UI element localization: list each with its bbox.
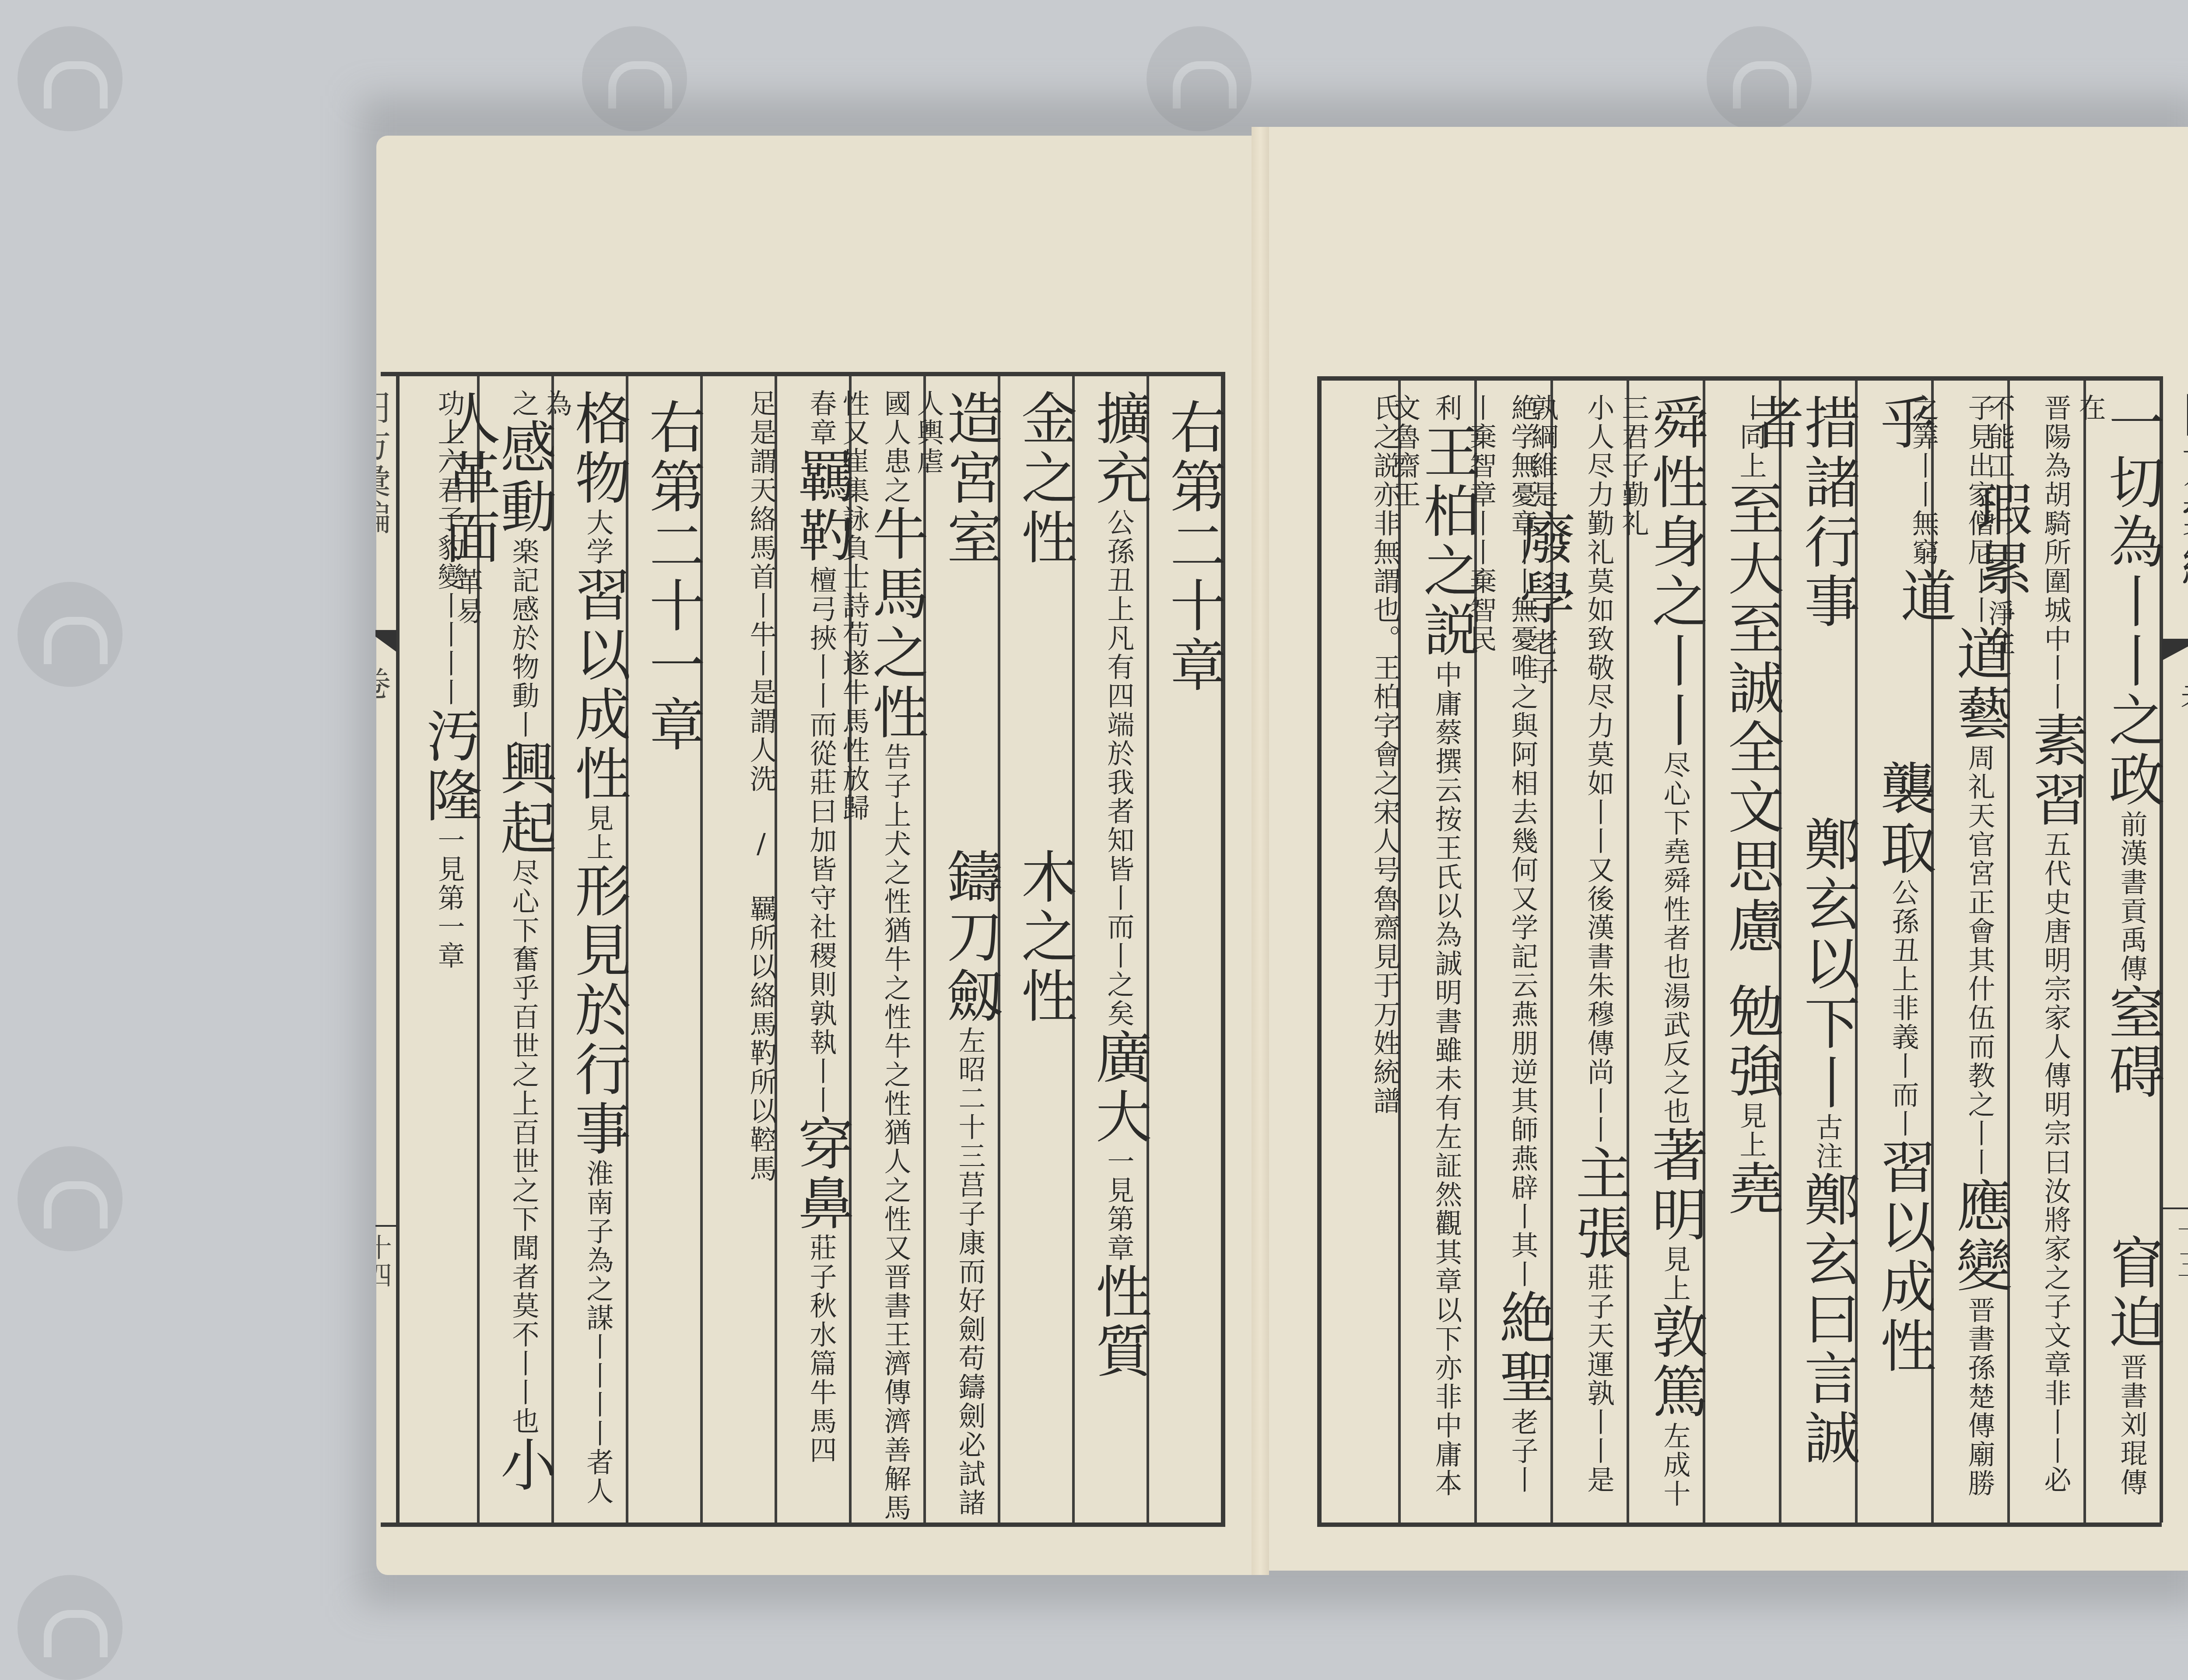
column: 乎襲取公孫丑上非義丨而丨習以成性 xyxy=(1855,381,1931,1522)
column: 絶学無憂章丨丨無憂唯之與阿相去幾何又学記云燕朋逆其師燕辟丨其丨絶聖老子丨丨棄智章… xyxy=(1474,381,1550,1522)
column: 造宮室鑄刀劔左昭二十三莒子康而好劍苟鑄劍必試諸人輿虐 xyxy=(923,376,998,1522)
column: 功上六君子豹變丨丨丨丨汚隆一見第一章 xyxy=(400,376,477,1522)
right-page-columns: 一切為丨丨之政前漢書貢禹傳窒碍窅迫晋書刘琨傳在 晋陽為胡騎所圍城中丨丨素習五代史… xyxy=(1322,381,2160,1522)
watermark-logo xyxy=(18,1575,123,1680)
watermark-logo xyxy=(18,582,123,687)
book-gutter xyxy=(1252,127,1269,1575)
column: 氏之説亦非無謂也。王柏字會之宋人号魯齋見于万姓統譜 xyxy=(1322,381,1398,1522)
column: 一切為丨丨之政前漢書貢禹傳窒碍窅迫晋書刘琨傳在 xyxy=(2083,381,2160,1522)
left-page-number: 十四 xyxy=(376,1234,396,1290)
left-hashira-title: 円方彙編 xyxy=(376,389,396,536)
left-hashira-volume: 卷 xyxy=(376,665,396,702)
watermark-logo xyxy=(18,26,123,131)
hashira-rule xyxy=(2162,1207,2188,1209)
left-page-columns: 右第二十章 擴充公孫丑上凡有四端於我者知皆丨而丨之矣廣大一見第章性質 金之性木之… xyxy=(400,376,1221,1522)
column: 子見出家僧尼丨丨道藝周礼天官宮正會其什伍而教之丨丨應變晋書孫楚傳廟勝之筭丨丨無窮… xyxy=(1931,381,2007,1522)
column: 小人尽力勤礼莫如致敬尽力莫如丨丨又後漢書朱穆傳尚丨丨主張莊子天運孰丨丨是孰綱維是… xyxy=(1550,381,1627,1522)
column: 舜性身之丨丨尽心下堯舜性者也湯武反之也著明見上敦篤左成十三君子勤礼 xyxy=(1627,381,1703,1522)
watermark-logo xyxy=(18,1146,123,1251)
column: 措諸行事鄭玄以下丨古注鄭玄曰言誠者 xyxy=(1779,381,1855,1522)
right-hashira-volume: 卷 xyxy=(2165,674,2188,724)
column: 格物大学習以成性見上形見於行事淮南子為之謀丨丨丨丨者人為 xyxy=(551,376,626,1522)
column: 金之性木之性 xyxy=(998,376,1072,1522)
hashira-rule xyxy=(375,1225,396,1227)
column: 擴充公孫丑上凡有四端於我者知皆丨而丨之矣廣大一見第章性質 xyxy=(1072,376,1147,1522)
left-hashira-divider xyxy=(396,372,400,1527)
right-hashira-title: 円方彙編 xyxy=(2167,389,2188,589)
column: 右第二十一章 xyxy=(626,376,700,1522)
column: 丨同上至大至誠全文思慮勉強見上堯 xyxy=(1703,381,1779,1522)
column: 足是謂天絡馬首丨牛丨是謂人洗 / 羈所以絡馬靮所以鞚馬 xyxy=(700,376,775,1522)
column: 晋陽為胡騎所圍城中丨丨素習五代史唐明宗家人傳明宗曰汝將家之子文章非丨丨必不能工瑕… xyxy=(2007,381,2083,1522)
column: 春章羈靮檀弓挾丨丨而從莊曰加皆守社稷則孰執丨丨穿鼻莊子秋水篇牛馬四 xyxy=(775,376,849,1522)
column: 右第二十章 xyxy=(1147,376,1221,1522)
right-page-number: 十三 xyxy=(2168,1216,2188,1281)
column: 利王柏之説中庸蔡撰云按王氏以為誠明書雖未有左証然觀其章以下亦非中庸本文魯齋王 xyxy=(1398,381,1474,1522)
column: 國人患之牛馬之性告子上犬之性猶牛之性牛之性猶人之性又晋書王濟傳濟善解馬性又崔集詠… xyxy=(849,376,923,1522)
column: 之感動楽記感於物動丨興起尽心下奮乎百世之上百世之下聞者莫不丨丨也小人革面革易 xyxy=(477,376,551,1522)
